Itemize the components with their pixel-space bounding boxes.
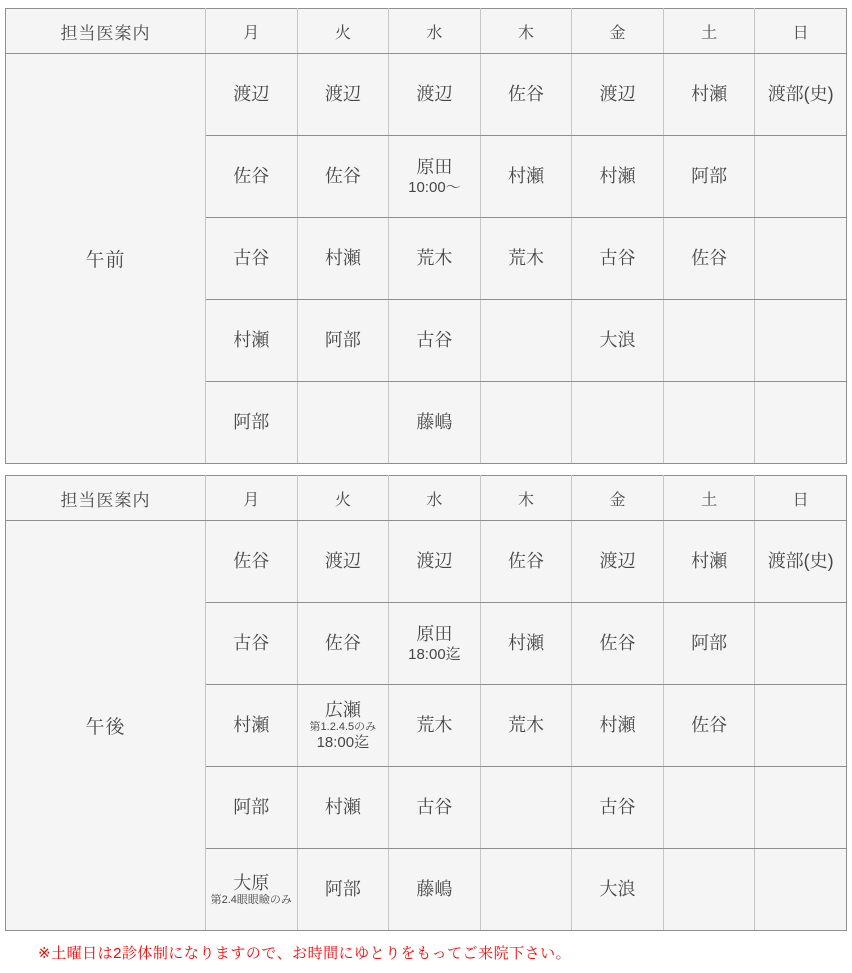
schedule-note: 18:00迄 xyxy=(389,646,480,664)
schedule-cell-am-2-sat: 阿部 xyxy=(663,136,755,218)
day-header-pm-sat: 土 xyxy=(663,476,755,521)
schedule-cell-am-4-sun xyxy=(755,300,847,382)
doctor-name: 村瀬 xyxy=(664,550,755,573)
schedule-cell-am-3-sun xyxy=(755,218,847,300)
schedule-cell-am-5-thu xyxy=(480,382,572,464)
doctor-name: 渡辺 xyxy=(206,83,297,106)
header-row-pm: 担当医案内月火水木金土日 xyxy=(6,476,847,521)
doctor-name: 大原 xyxy=(206,872,297,895)
schedule-cell-am-3-mon: 古谷 xyxy=(206,218,298,300)
doctor-name: 藤嶋 xyxy=(389,878,480,901)
doctor-name: 荒木 xyxy=(481,714,572,737)
schedule-cell-pm-3-sat: 佐谷 xyxy=(663,685,755,767)
doctor-name: 阿部 xyxy=(206,411,297,434)
doctor-name: 大浪 xyxy=(572,878,663,901)
schedule-cell-am-1-tue: 渡辺 xyxy=(297,54,389,136)
schedule-cell-pm-4-wed: 古谷 xyxy=(389,767,481,849)
doctor-name: 渡辺 xyxy=(572,83,663,106)
schedule-cell-am-3-sat: 佐谷 xyxy=(663,218,755,300)
doctor-name: 佐谷 xyxy=(206,550,297,573)
doctor-name: 渡辺 xyxy=(572,550,663,573)
schedule-cell-pm-4-sun xyxy=(755,767,847,849)
schedule-cell-pm-4-thu xyxy=(480,767,572,849)
schedule-cell-pm-5-fri: 大浪 xyxy=(572,849,664,931)
schedule-cell-am-4-thu xyxy=(480,300,572,382)
doctor-name: 佐谷 xyxy=(664,247,755,270)
schedule-cell-pm-2-wed: 原田18:00迄 xyxy=(389,603,481,685)
schedule-cell-am-2-tue: 佐谷 xyxy=(297,136,389,218)
day-header-pm-sun: 日 xyxy=(755,476,847,521)
schedule-row-am-1: 午前渡辺渡辺渡辺佐谷渡辺村瀬渡部(史) xyxy=(6,54,847,136)
schedule-cell-am-5-fri xyxy=(572,382,664,464)
schedule-cell-pm-2-sun xyxy=(755,603,847,685)
schedule-cell-pm-5-sun xyxy=(755,849,847,931)
day-header-am-sun: 日 xyxy=(755,9,847,54)
schedule-row-pm-1: 午後佐谷渡辺渡辺佐谷渡辺村瀬渡部(史) xyxy=(6,521,847,603)
schedule-cell-am-2-sun xyxy=(755,136,847,218)
schedule-note: 第1.2.4.5のみ xyxy=(298,721,389,734)
day-header-pm-tue: 火 xyxy=(297,476,389,521)
schedule-cell-pm-2-sat: 阿部 xyxy=(663,603,755,685)
schedule-cell-am-3-thu: 荒木 xyxy=(480,218,572,300)
day-header-pm-mon: 月 xyxy=(206,476,298,521)
schedule-cell-pm-3-tue: 広瀬第1.2.4.5のみ18:00迄 xyxy=(297,685,389,767)
schedule-cell-pm-1-wed: 渡辺 xyxy=(389,521,481,603)
doctor-name: 渡部(史) xyxy=(755,83,846,106)
doctor-name: 渡辺 xyxy=(389,550,480,573)
day-header-pm-thu: 木 xyxy=(480,476,572,521)
doctor-name: 阿部 xyxy=(664,165,755,188)
schedule-cell-am-1-thu: 佐谷 xyxy=(480,54,572,136)
doctor-name: 大浪 xyxy=(572,329,663,352)
schedule-cell-pm-1-sun: 渡部(史) xyxy=(755,521,847,603)
doctor-name: 村瀬 xyxy=(206,329,297,352)
doctor-name: 阿部 xyxy=(664,632,755,655)
doctor-name: 藤嶋 xyxy=(389,411,480,434)
schedule-cell-pm-5-wed: 藤嶋 xyxy=(389,849,481,931)
schedule-cell-am-4-wed: 古谷 xyxy=(389,300,481,382)
doctor-name: 荒木 xyxy=(389,714,480,737)
schedule-cell-am-1-fri: 渡辺 xyxy=(572,54,664,136)
schedule-cell-pm-3-sun xyxy=(755,685,847,767)
day-header-am-mon: 月 xyxy=(206,9,298,54)
doctor-name: 佐谷 xyxy=(298,632,389,655)
doctor-name: 渡辺 xyxy=(298,83,389,106)
schedule-cell-pm-1-mon: 佐谷 xyxy=(206,521,298,603)
schedule-cell-am-1-wed: 渡辺 xyxy=(389,54,481,136)
doctor-name: 佐谷 xyxy=(481,83,572,106)
table-title-pm: 担当医案内 xyxy=(6,476,206,521)
schedule-cell-am-4-mon: 村瀬 xyxy=(206,300,298,382)
schedule-cell-pm-2-mon: 古谷 xyxy=(206,603,298,685)
schedule-cell-am-5-tue xyxy=(297,382,389,464)
day-header-pm-fri: 金 xyxy=(572,476,664,521)
doctor-name: 村瀬 xyxy=(298,796,389,819)
doctor-name: 阿部 xyxy=(206,796,297,819)
schedule-cell-pm-1-tue: 渡辺 xyxy=(297,521,389,603)
schedule-cell-am-3-wed: 荒木 xyxy=(389,218,481,300)
schedule-cell-pm-4-tue: 村瀬 xyxy=(297,767,389,849)
doctor-name: 佐谷 xyxy=(298,165,389,188)
schedule-cell-pm-3-wed: 荒木 xyxy=(389,685,481,767)
doctor-name: 村瀬 xyxy=(481,632,572,655)
doctor-name: 古谷 xyxy=(206,632,297,655)
schedule-cell-am-2-thu: 村瀬 xyxy=(480,136,572,218)
schedule-cell-am-2-wed: 原田10:00～ xyxy=(389,136,481,218)
schedule-table-am: 担当医案内月火水木金土日午前渡辺渡辺渡辺佐谷渡辺村瀬渡部(史)佐谷佐谷原田10:… xyxy=(5,8,847,464)
table-title-am: 担当医案内 xyxy=(6,9,206,54)
schedule-cell-am-1-sun: 渡部(史) xyxy=(755,54,847,136)
schedule-table-pm: 担当医案内月火水木金土日午後佐谷渡辺渡辺佐谷渡辺村瀬渡部(史)古谷佐谷原田18:… xyxy=(5,475,847,931)
doctor-name: 村瀬 xyxy=(298,247,389,270)
doctor-name: 古谷 xyxy=(389,329,480,352)
schedule-cell-am-2-fri: 村瀬 xyxy=(572,136,664,218)
schedule-cell-am-1-sat: 村瀬 xyxy=(663,54,755,136)
schedule-cell-pm-2-fri: 佐谷 xyxy=(572,603,664,685)
schedule-cell-pm-1-sat: 村瀬 xyxy=(663,521,755,603)
schedule-note: 第2.4眼眼瞼のみ xyxy=(206,894,297,907)
doctor-name: 佐谷 xyxy=(664,714,755,737)
day-header-am-thu: 木 xyxy=(480,9,572,54)
doctor-name: 荒木 xyxy=(389,247,480,270)
doctor-name: 村瀬 xyxy=(572,714,663,737)
schedule-cell-am-3-fri: 古谷 xyxy=(572,218,664,300)
schedule-note: 18:00迄 xyxy=(298,734,389,752)
schedule-cell-am-5-wed: 藤嶋 xyxy=(389,382,481,464)
doctor-name: 古谷 xyxy=(206,247,297,270)
doctor-name: 原田 xyxy=(389,623,480,646)
schedule-cell-pm-2-tue: 佐谷 xyxy=(297,603,389,685)
schedule-cell-am-1-mon: 渡辺 xyxy=(206,54,298,136)
doctor-name: 佐谷 xyxy=(481,550,572,573)
schedule-cell-pm-3-thu: 荒木 xyxy=(480,685,572,767)
doctor-name: 渡部(史) xyxy=(755,550,846,573)
schedule-cell-pm-5-sat xyxy=(663,849,755,931)
period-label-pm: 午後 xyxy=(6,521,206,931)
schedule-cell-pm-4-mon: 阿部 xyxy=(206,767,298,849)
doctor-name: 阿部 xyxy=(298,878,389,901)
period-label-am: 午前 xyxy=(6,54,206,464)
schedule-cell-am-5-sat xyxy=(663,382,755,464)
schedule-cell-pm-5-tue: 阿部 xyxy=(297,849,389,931)
doctor-name: 古谷 xyxy=(572,796,663,819)
doctor-name: 村瀬 xyxy=(572,165,663,188)
schedule-cell-pm-1-fri: 渡辺 xyxy=(572,521,664,603)
schedule-section-am: 担当医案内月火水木金土日午前渡辺渡辺渡辺佐谷渡辺村瀬渡部(史)佐谷佐谷原田10:… xyxy=(5,8,847,464)
schedule-cell-pm-5-thu xyxy=(480,849,572,931)
schedule-cell-pm-2-thu: 村瀬 xyxy=(480,603,572,685)
schedule-cell-pm-4-fri: 古谷 xyxy=(572,767,664,849)
day-header-am-wed: 水 xyxy=(389,9,481,54)
schedule-cell-pm-4-sat xyxy=(663,767,755,849)
doctor-name: 佐谷 xyxy=(206,165,297,188)
doctor-name: 広瀬 xyxy=(298,699,389,722)
day-header-am-tue: 火 xyxy=(297,9,389,54)
day-header-am-sat: 土 xyxy=(663,9,755,54)
day-header-pm-wed: 水 xyxy=(389,476,481,521)
schedule-cell-am-4-tue: 阿部 xyxy=(297,300,389,382)
doctor-name: 村瀬 xyxy=(481,165,572,188)
doctor-name: 渡辺 xyxy=(389,83,480,106)
doctor-name: 村瀬 xyxy=(664,83,755,106)
schedule-cell-pm-3-fri: 村瀬 xyxy=(572,685,664,767)
schedule-cell-pm-3-mon: 村瀬 xyxy=(206,685,298,767)
schedule-cell-am-3-tue: 村瀬 xyxy=(297,218,389,300)
schedule-cell-am-2-mon: 佐谷 xyxy=(206,136,298,218)
doctor-name: 古谷 xyxy=(389,796,480,819)
schedule-cell-am-5-sun xyxy=(755,382,847,464)
schedule-section-pm: 担当医案内月火水木金土日午後佐谷渡辺渡辺佐谷渡辺村瀬渡部(史)古谷佐谷原田18:… xyxy=(5,475,847,931)
header-row-am: 担当医案内月火水木金土日 xyxy=(6,9,847,54)
day-header-am-fri: 金 xyxy=(572,9,664,54)
doctor-name: 佐谷 xyxy=(572,632,663,655)
schedule-note: 10:00～ xyxy=(389,179,480,197)
doctor-name: 荒木 xyxy=(481,247,572,270)
schedule-cell-am-4-fri: 大浪 xyxy=(572,300,664,382)
schedule-cell-pm-1-thu: 佐谷 xyxy=(480,521,572,603)
schedule-cell-am-5-mon: 阿部 xyxy=(206,382,298,464)
schedule-cell-am-4-sat xyxy=(663,300,755,382)
doctor-schedule-sheet: 担当医案内月火水木金土日午前渡辺渡辺渡辺佐谷渡辺村瀬渡部(史)佐谷佐谷原田10:… xyxy=(0,0,852,963)
doctor-name: 原田 xyxy=(389,156,480,179)
schedule-cell-pm-5-mon: 大原第2.4眼眼瞼のみ xyxy=(206,849,298,931)
doctor-name: 阿部 xyxy=(298,329,389,352)
doctor-name: 村瀬 xyxy=(206,714,297,737)
doctor-name: 古谷 xyxy=(572,247,663,270)
saturday-notice: ※土曜日は2診体制になりますので、お時間にゆとりをもってご来院下さい。 xyxy=(38,942,847,963)
doctor-name: 渡辺 xyxy=(298,550,389,573)
